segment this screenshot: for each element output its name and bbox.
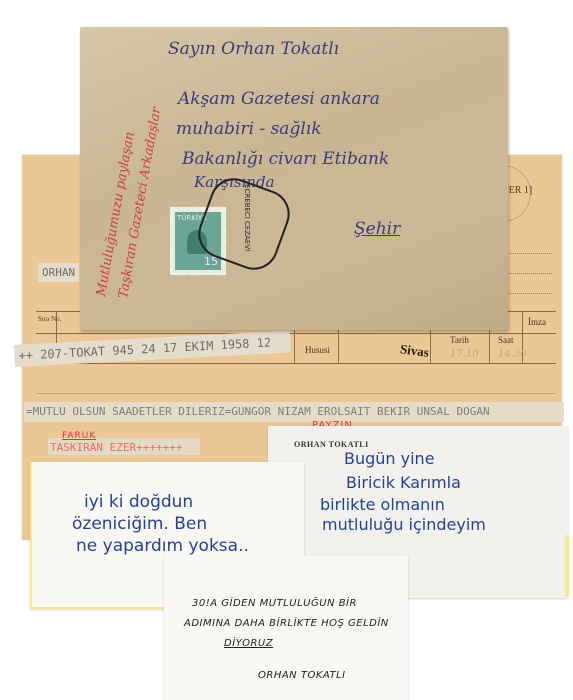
card-line: ADIMINA DAHA BİRLİKTE HOŞ GELDİN — [184, 618, 389, 629]
tarih-label: Tarih — [450, 335, 469, 345]
table-line — [36, 363, 556, 364]
card-line: iyi ki doğdun — [84, 492, 193, 513]
imza-label: İmza — [528, 317, 546, 327]
date-handwritten: 17.10 — [450, 349, 479, 360]
address-line: Bakanlığı civarı Etibank — [182, 149, 389, 169]
note-card-bottom: 30!A GİDEN MUTLULUĞUN BİR ADIMINA DAHA B… — [164, 556, 408, 700]
telegram-message-strip: =MUTLU OLSUN SAADETLER DILERIZ=GUNGOR NI… — [24, 402, 564, 422]
table-vline — [430, 325, 431, 363]
card-line: özeniciğim. Ben — [72, 514, 207, 535]
card-line: ne yapardım yoksa.. — [76, 536, 249, 557]
table-vline — [338, 325, 339, 363]
handwritten-faruk: FARUK — [62, 431, 96, 441]
address-line: Sayın Orhan Tokatlı — [168, 39, 339, 59]
recipient-strip: ORHAN — [38, 263, 79, 282]
table-vline — [489, 325, 490, 363]
saat-label: Saat — [498, 335, 514, 345]
card-signature: ORHAN TOKATLI — [258, 670, 346, 681]
address-line: muhabiri - sağlık — [176, 119, 322, 139]
card-line: Bugün yine — [344, 448, 435, 469]
sira-no-label: Sıra No. — [38, 315, 61, 323]
card-line: DİYORUZ — [224, 638, 273, 649]
yellow-edge — [565, 535, 569, 597]
postmark-text: ECREBECİ CEZAEVİ — [243, 184, 251, 251]
card-line: Biricik Karımla — [346, 472, 461, 493]
hususi-label: Hususi — [305, 345, 330, 355]
card-line: mutluluğu içindeyim — [322, 514, 486, 535]
message-text: =MUTLU OLSUN SAADETLER DILERIZ=GUNGOR NI… — [26, 405, 490, 418]
table-vline — [294, 325, 295, 363]
table-line — [36, 393, 556, 394]
address-city: Şehir — [354, 219, 400, 239]
card-line: 30!A GİDEN MUTLULUĞUN BİR — [192, 598, 357, 609]
time-handwritten: 14.30 — [498, 349, 527, 360]
card-line: birlikte olmanın — [320, 494, 445, 515]
destination-stamp: Sivas — [399, 341, 430, 361]
address-line: Akşam Gazetesi ankara — [178, 89, 380, 109]
envelope: Sayın Orhan Tokatlı Akşam Gazetesi ankar… — [80, 27, 508, 330]
table-line — [36, 333, 556, 334]
